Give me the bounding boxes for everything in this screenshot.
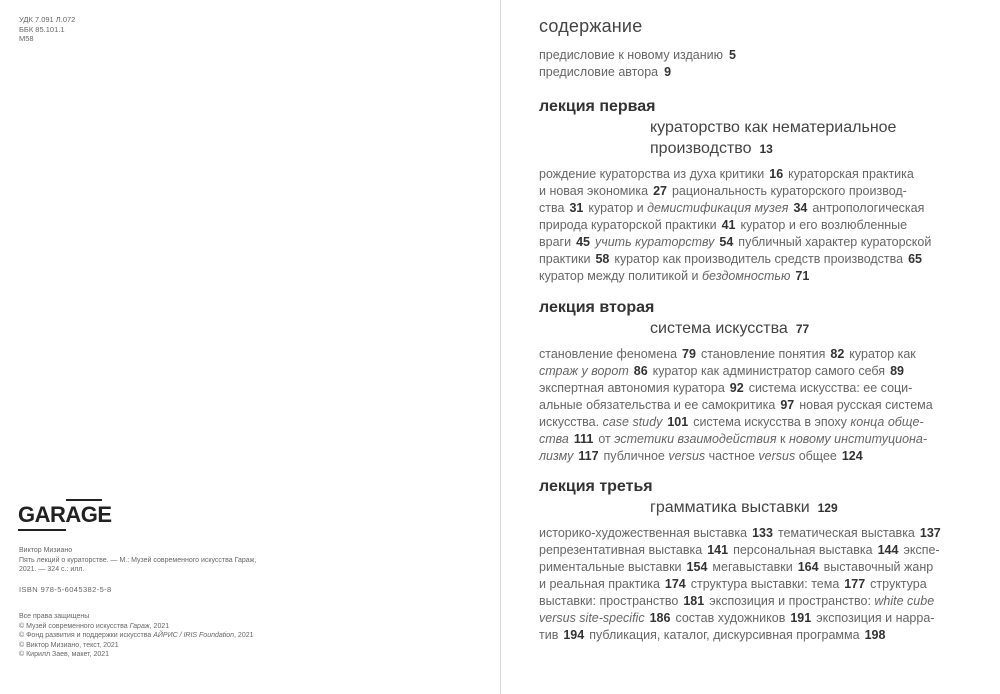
page-number[interactable]: 133 xyxy=(752,526,773,540)
entry-title: тематическая выставка xyxy=(778,526,915,540)
page-number[interactable]: 65 xyxy=(908,252,922,266)
imprint: Виктор Мизиано Пять лекций о кураторстве… xyxy=(19,546,319,594)
entry-title: экспозиция и нарра- xyxy=(816,611,934,625)
entry-title: куратор и его возлюбленные xyxy=(741,218,908,232)
toc-entry-preface-new[interactable]: предисловие к новому изданию5 xyxy=(539,47,742,64)
page-number[interactable]: 124 xyxy=(842,449,863,463)
entry-title: становление понятия xyxy=(701,347,825,361)
author-mark: М58 xyxy=(19,34,75,44)
copyright-line: Все права защищены xyxy=(19,612,339,622)
lecture-contents: рождение кураторства из духа критики16ку… xyxy=(539,166,931,285)
entry-title: куратор как администратор самого себя xyxy=(653,364,885,378)
entry-title-italic: white cube xyxy=(874,594,934,608)
prefaces-list: предисловие к новому изданию5 предислови… xyxy=(539,47,742,80)
subtitle-text: производство xyxy=(650,140,751,157)
page-number: 129 xyxy=(818,501,838,515)
toc-line: и реальная практика174структура выставки… xyxy=(539,576,946,593)
entry-title: враги xyxy=(539,235,571,249)
subtitle-line-last: производство13 xyxy=(650,138,931,160)
copyright-line: © Фонд развития и поддержки искусства АЙ… xyxy=(19,631,339,641)
entry-title: выставки: пространство xyxy=(539,594,678,608)
page-number[interactable]: 82 xyxy=(830,347,844,361)
entry-title-italic: Гараж xyxy=(130,623,150,630)
page-number[interactable]: 27 xyxy=(653,184,667,198)
copyright-line: © Музей современного искусства Гараж, 20… xyxy=(19,622,339,632)
lecture-heading: лекция вторая xyxy=(539,298,933,318)
entry-title: мегавыставки xyxy=(712,560,792,574)
page-number[interactable]: 191 xyxy=(790,611,811,625)
entry-title: © Фонд развития и поддержки искусства xyxy=(19,632,153,639)
entry-title: экспе- xyxy=(903,543,939,557)
toc-line: экспертная автономия куратора92система и… xyxy=(539,380,933,397)
entry-title: куратор между политикой и xyxy=(539,269,702,283)
page-number[interactable]: 186 xyxy=(650,611,671,625)
imprint-description-2: 2021. — 324 с.: илл. xyxy=(19,565,319,575)
lecture-subtitle[interactable]: грамматика выставки129 xyxy=(539,497,946,519)
entry-title-italic: versus site-specific xyxy=(539,611,645,625)
entry-title: альные обязательства и ее самокритика xyxy=(539,398,775,412)
page-number[interactable]: 16 xyxy=(769,167,783,181)
entry-title: экспертная автономия куратора xyxy=(539,381,725,395)
page-number[interactable]: 92 xyxy=(730,381,744,395)
page-number[interactable]: 181 xyxy=(683,594,704,608)
lecture-subtitle[interactable]: кураторство как нематериальное производс… xyxy=(539,117,931,160)
page-number: 77 xyxy=(796,322,809,336)
entry-title: историко-художественная выставка xyxy=(539,526,747,540)
entry-title: Все права защищены xyxy=(19,613,89,620)
page-number[interactable]: 58 xyxy=(595,252,609,266)
entry-title: система искусства в эпоху xyxy=(693,415,850,429)
entry-title: публичное xyxy=(604,449,669,463)
entry-title: © Виктор Мизиано, текст, 2021 xyxy=(19,642,119,649)
logo-bar-bottom xyxy=(18,529,66,531)
page-number[interactable]: 144 xyxy=(878,543,899,557)
lecture-contents: историко-художественная выставка133темат… xyxy=(539,525,946,644)
page-number[interactable]: 198 xyxy=(865,628,886,642)
entry-title-italic: демистификация музея xyxy=(647,201,788,215)
copyright-line: © Кирилл Заев, макет, 2021 xyxy=(19,650,339,660)
lecture-3: лекция третья грамматика выставки129 ист… xyxy=(539,477,946,644)
page-number[interactable]: 154 xyxy=(687,560,708,574)
entry-title: экспозиция и пространство: xyxy=(709,594,874,608)
toc-entry-preface-author[interactable]: предисловие автора9 xyxy=(539,64,742,81)
toc-line: искусства. case study101система искусств… xyxy=(539,414,933,431)
page-number[interactable]: 86 xyxy=(634,364,648,378)
entry-title: рождение кураторства из духа критики xyxy=(539,167,764,181)
entry-title: , 2021 xyxy=(234,632,253,639)
imprint-author: Виктор Мизиано xyxy=(19,546,319,556)
entry-title-italic: case study xyxy=(603,415,663,429)
subtitle-text: грамматика выставки xyxy=(650,499,810,516)
toc-line: историко-художественная выставка133темат… xyxy=(539,525,946,542)
page-number[interactable]: 34 xyxy=(793,201,807,215)
subtitle-line: кураторство как нематериальное xyxy=(650,117,931,138)
entry-title: тив xyxy=(539,628,558,642)
entry-title-italic: эстетики взаимодействия xyxy=(614,432,776,446)
entry-label: предисловие к новому изданию xyxy=(539,48,723,62)
entry-title: публичный характер кураторской xyxy=(738,235,931,249)
entry-title: персональная выставка xyxy=(733,543,873,557)
entry-title-italic: лизму xyxy=(539,449,573,463)
page-number[interactable]: 41 xyxy=(722,218,736,232)
entry-title: от xyxy=(598,432,614,446)
entry-title: природа кураторской практики xyxy=(539,218,717,232)
entry-title: рациональность кураторского производ- xyxy=(672,184,907,198)
entry-title: антропологическая xyxy=(812,201,924,215)
entry-title: ства xyxy=(539,201,564,215)
entry-title: кураторская практика xyxy=(788,167,914,181)
page-number[interactable]: 45 xyxy=(576,235,590,249)
isbn: ISBN 978-5-6045382-5-8 xyxy=(19,585,319,595)
page-number[interactable]: 31 xyxy=(569,201,583,215)
udk-code: УДК 7.091 Л.072 xyxy=(19,15,75,25)
entry-title: и новая экономика xyxy=(539,184,648,198)
entry-title: искусства. xyxy=(539,415,603,429)
entry-title: риментальные выставки xyxy=(539,560,682,574)
entry-title: частное xyxy=(705,449,758,463)
entry-title: © Кирилл Заев, макет, 2021 xyxy=(19,651,109,658)
entry-title: репрезентативная выставка xyxy=(539,543,702,557)
entry-title: структура выставки: тема xyxy=(691,577,840,591)
entry-title: куратор как производитель средств произв… xyxy=(614,252,903,266)
lecture-heading: лекция третья xyxy=(539,477,946,497)
logo-bar-top xyxy=(66,499,102,501)
page-number[interactable]: 137 xyxy=(920,526,941,540)
page-number[interactable]: 101 xyxy=(667,415,688,429)
toc-line: практики58куратор как производитель сред… xyxy=(539,251,931,268)
entry-title: куратор и xyxy=(588,201,647,215)
entry-title: к xyxy=(777,432,789,446)
entry-title-italic: бездомностью xyxy=(702,269,790,283)
entry-title: © Музей современного искусства xyxy=(19,623,130,630)
toc-line: и новая экономика27рациональность курато… xyxy=(539,183,931,200)
toc-line: альные обязательства и ее самокритика97н… xyxy=(539,397,933,414)
toc-line: страж у ворот86куратор как администратор… xyxy=(539,363,933,380)
entry-title: новая русская система xyxy=(799,398,932,412)
lecture-heading: лекция первая xyxy=(539,97,931,117)
classification-codes: УДК 7.091 Л.072 ББК 85.101.1 М58 xyxy=(19,15,75,44)
entry-title: система искусства: ее соци- xyxy=(749,381,913,395)
subtitle-text: система искусства xyxy=(650,320,788,337)
toc-line: выставки: пространство181экспозиция и пр… xyxy=(539,593,946,610)
page-number[interactable]: 141 xyxy=(707,543,728,557)
lecture-subtitle[interactable]: система искусства77 xyxy=(539,318,933,340)
entry-title: состав художников xyxy=(675,611,785,625)
logo-wordmark: GARAGE xyxy=(18,503,112,527)
subtitle-line-last: грамматика выставки129 xyxy=(650,497,946,519)
entry-title: куратор как xyxy=(849,347,915,361)
page-number: 9 xyxy=(664,65,671,79)
page-number[interactable]: 174 xyxy=(665,577,686,591)
entry-title-italic: versus xyxy=(668,449,705,463)
page-number[interactable]: 71 xyxy=(795,269,809,283)
copyright-notices: Все права защищены© Музей современного и… xyxy=(19,612,339,660)
page-number: 5 xyxy=(729,48,736,62)
entry-title: выставочный жанр xyxy=(824,560,934,574)
entry-title-italic: учить кураторству xyxy=(595,235,714,249)
page-number[interactable]: 177 xyxy=(844,577,865,591)
page-number[interactable]: 111 xyxy=(574,432,593,446)
toc-line: рождение кураторства из духа критики16ку… xyxy=(539,166,931,183)
lecture-2: лекция вторая система искусства77 станов… xyxy=(539,298,933,465)
toc-line: репрезентативная выставка141персональная… xyxy=(539,542,946,559)
toc-line: риментальные выставки154мегавыставки164в… xyxy=(539,559,946,576)
lecture-contents: становление феномена79становление поняти… xyxy=(539,346,933,465)
page-number[interactable]: 97 xyxy=(780,398,794,412)
page-number[interactable]: 117 xyxy=(578,449,598,463)
toc-line: враги45учить кураторству54публичный хара… xyxy=(539,234,931,251)
toc-line: лизму117публичное versus частное versus … xyxy=(539,448,933,465)
toc-line: versus site-specific186состав художников… xyxy=(539,610,946,627)
entry-title: публикация, каталог, дискурсивная програ… xyxy=(589,628,859,642)
entry-title-italic: новому институциона- xyxy=(789,432,927,446)
toc-line: ства111от эстетики взаимодействия к ново… xyxy=(539,431,933,448)
entry-title-italic: versus xyxy=(758,449,795,463)
subtitle-line-last: система искусства77 xyxy=(650,318,933,340)
entry-title: практики xyxy=(539,252,590,266)
entry-title: и реальная практика xyxy=(539,577,660,591)
entry-title: структура xyxy=(870,577,927,591)
entry-title: становление феномена xyxy=(539,347,677,361)
entry-title: , 2021 xyxy=(150,623,169,630)
garage-logo: GARAGE xyxy=(18,499,102,535)
toc-line: тив194публикация, каталог, дискурсивная … xyxy=(539,627,946,644)
entry-label: предисловие автора xyxy=(539,65,658,79)
page-number[interactable]: 164 xyxy=(798,560,819,574)
left-page: УДК 7.091 Л.072 ББК 85.101.1 М58 GARAGE … xyxy=(0,0,500,694)
entry-title-italic: конца обще- xyxy=(850,415,923,429)
entry-title: общее xyxy=(795,449,837,463)
page-number[interactable]: 194 xyxy=(563,628,584,642)
page-number[interactable]: 89 xyxy=(890,364,904,378)
page-number[interactable]: 54 xyxy=(719,235,733,249)
page-number[interactable]: 79 xyxy=(682,347,696,361)
toc-title: содержание xyxy=(539,16,642,37)
toc-line: природа кураторской практики41куратор и … xyxy=(539,217,931,234)
lecture-1: лекция первая кураторство как нематериал… xyxy=(539,97,931,285)
copyright-line: © Виктор Мизиано, текст, 2021 xyxy=(19,641,339,651)
bbk-code: ББК 85.101.1 xyxy=(19,25,75,35)
toc-line: становление феномена79становление поняти… xyxy=(539,346,933,363)
entry-title-italic: ства xyxy=(539,432,569,446)
imprint-description: Пять лекций о кураторстве. — М.: Музей с… xyxy=(19,556,319,566)
page-number: 13 xyxy=(759,142,772,156)
toc-line: куратор между политикой и бездомностью71 xyxy=(539,268,931,285)
entry-title-italic: АЙРИС / IRIS Foundation xyxy=(153,632,234,639)
toc-line: ства31куратор и демистификация музея34ан… xyxy=(539,200,931,217)
entry-title-italic: страж у ворот xyxy=(539,364,629,378)
